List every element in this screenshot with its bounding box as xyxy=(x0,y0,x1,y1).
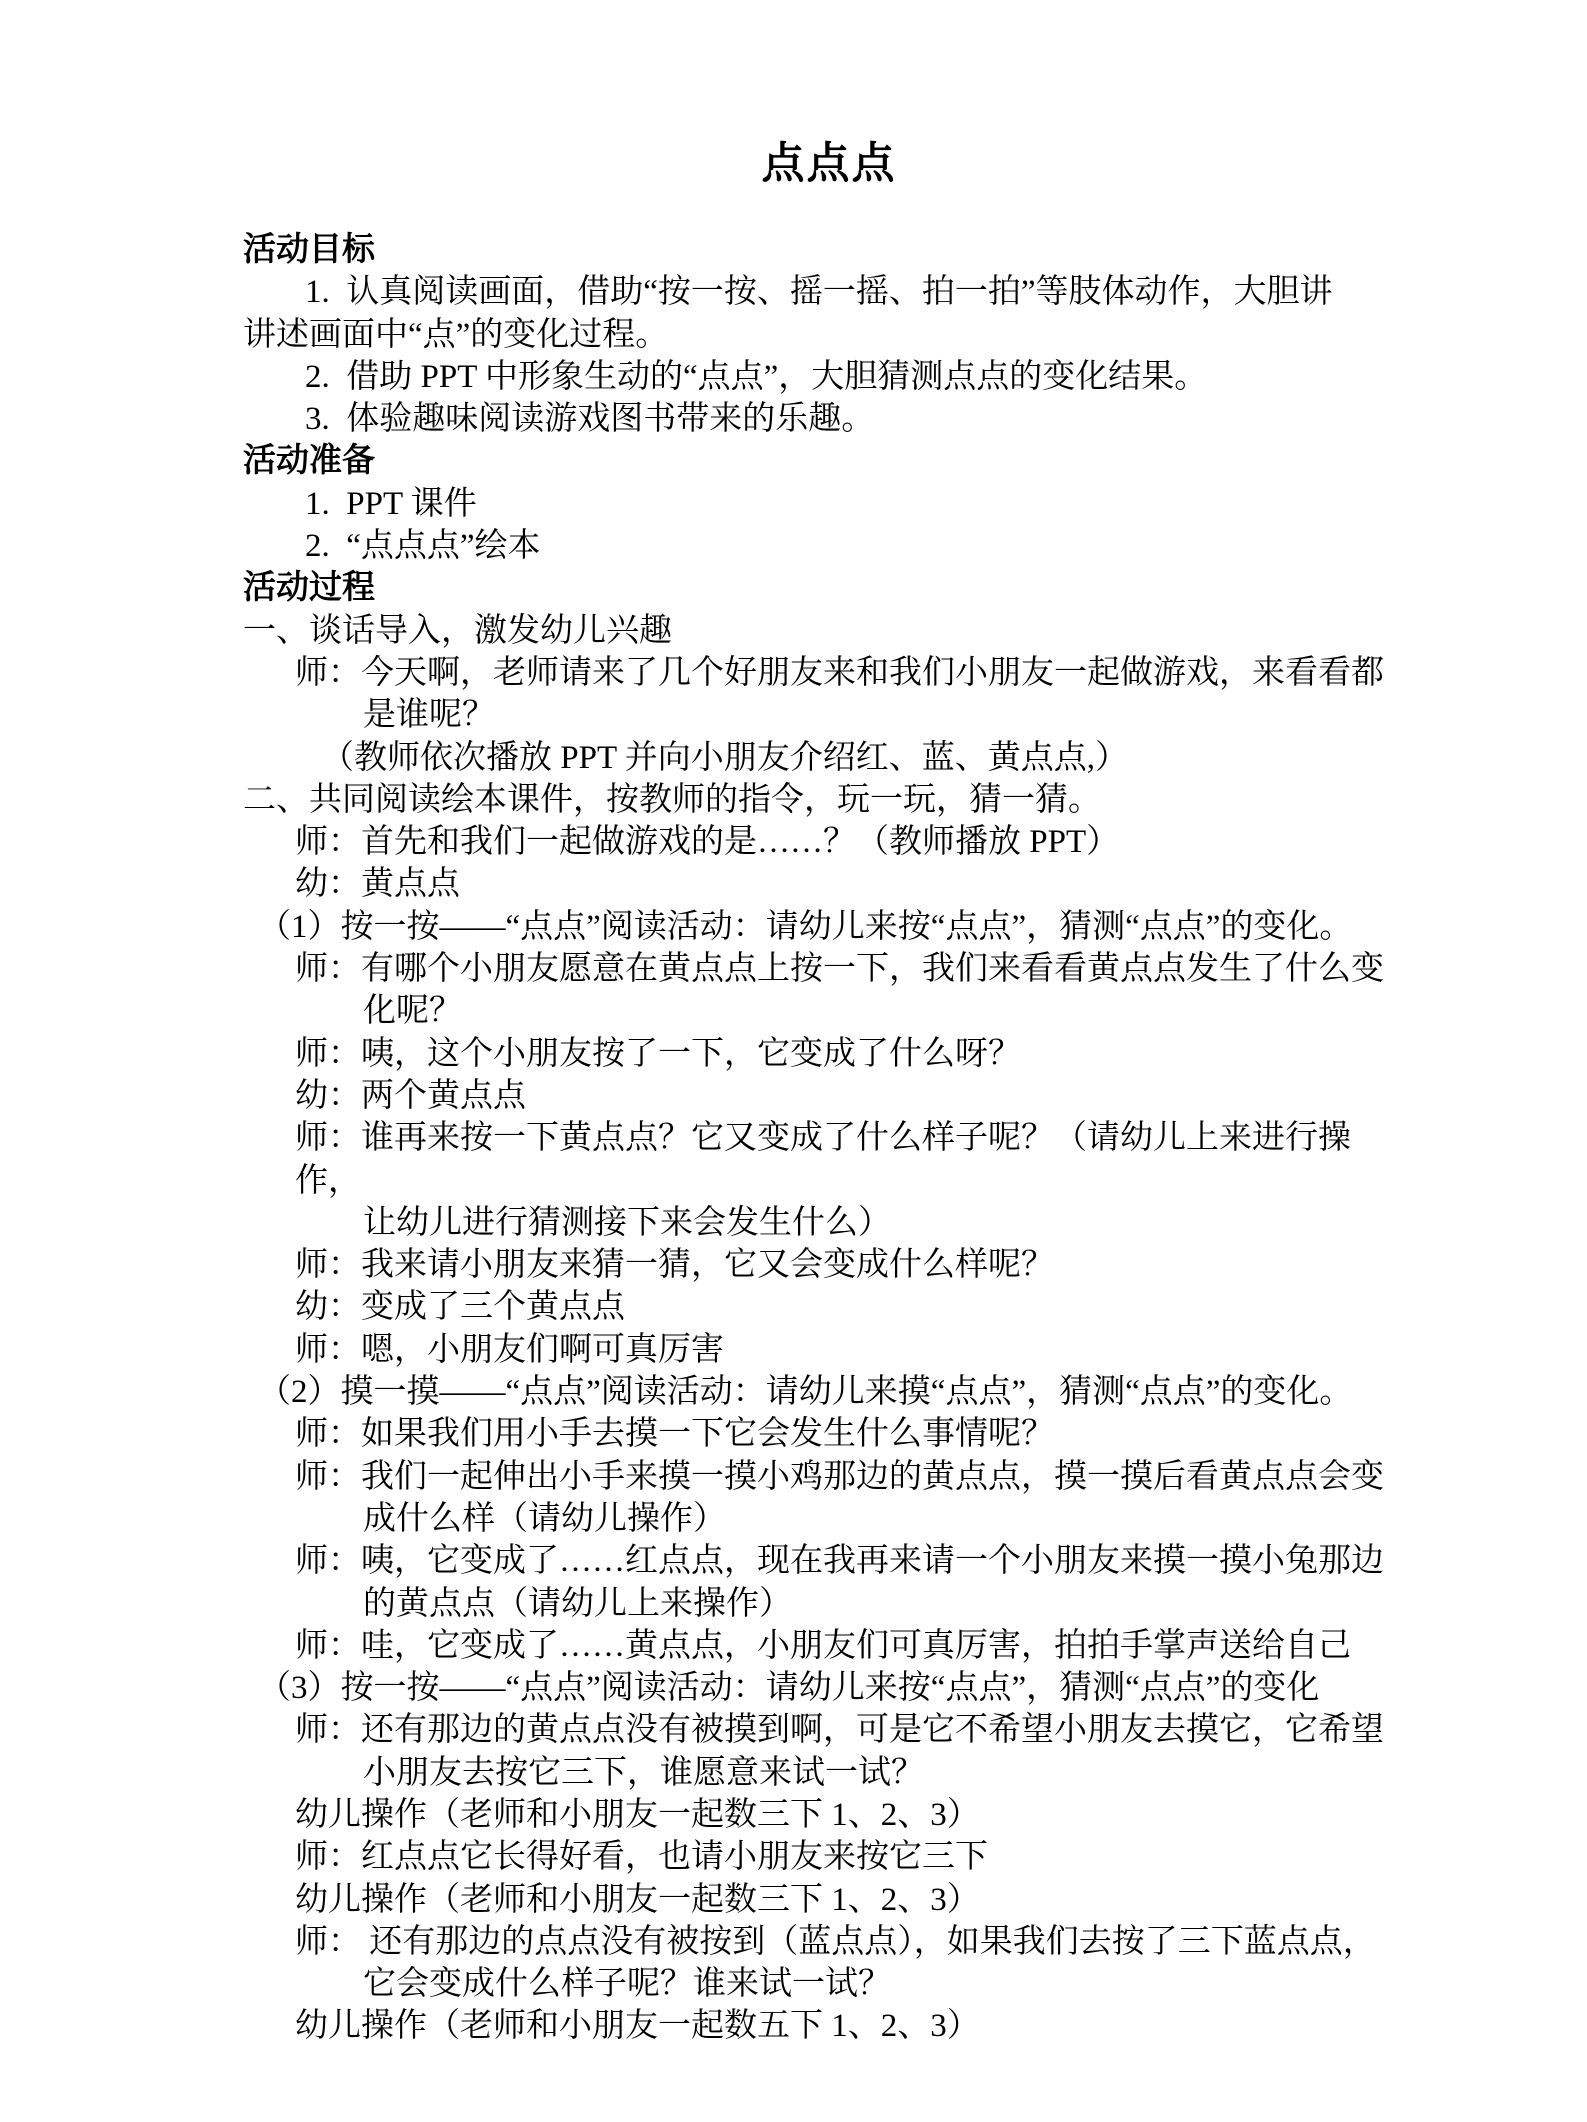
text-line: 小朋友去按它三下，谁愿意来试一试？ xyxy=(243,1752,1415,1794)
text-line: 师：我们一起伸出小手来摸一摸小鸡那边的黄点点，摸一摸后看黄点点会变 xyxy=(243,1456,1415,1498)
text-line: 1. 认真阅读画面，借助“按一按、摇一摇、拍一拍”等肢体动作，大胆讲 xyxy=(243,271,1415,313)
document-body: 点点点 活动目标1. 认真阅读画面，借助“按一按、摇一摇、拍一拍”等肢体动作，大… xyxy=(243,133,1415,2048)
text-line: 2. 借助 PPT 中形象生动的“点点”，大胆猜测点点的变化结果。 xyxy=(243,356,1415,398)
text-line: 师：咦，这个小朋友按了一下，它变成了什么呀？ xyxy=(243,1033,1415,1075)
text-line: 二、共同阅读绘本课件，按教师的指令，玩一玩，猜一猜。 xyxy=(243,779,1415,821)
text-line: 师：还有那边的黄点点没有被摸到啊，可是它不希望小朋友去摸它，它希望 xyxy=(243,1709,1415,1751)
text-line: 成什么样（请幼儿操作） xyxy=(243,1498,1415,1540)
text-line: 幼：两个黄点点 xyxy=(243,1075,1415,1117)
text-line: （教师依次播放 PPT 并向小朋友介绍红、蓝、黄点点,） xyxy=(243,737,1415,779)
text-line: 师：红点点它长得好看，也请小朋友来按它三下 xyxy=(243,1836,1415,1878)
document-page: 点点点 活动目标1. 认真阅读画面，借助“按一按、摇一摇、拍一拍”等肢体动作，大… xyxy=(0,0,1587,2122)
text-line: 幼儿操作（老师和小朋友一起数三下 1、2、3） xyxy=(243,1879,1415,1921)
page-title: 点点点 xyxy=(243,133,1415,197)
text-line: 让幼儿进行猜测接下来会发生什么） xyxy=(243,1202,1415,1244)
text-lines-container: 活动目标1. 认真阅读画面，借助“按一按、摇一摇、拍一拍”等肢体动作，大胆讲讲述… xyxy=(243,229,1415,2048)
section-heading: 活动准备 xyxy=(243,440,1415,482)
text-line: 幼：变成了三个黄点点 xyxy=(243,1286,1415,1328)
text-line: 师：嗯，小朋友们啊可真厉害 xyxy=(243,1329,1415,1371)
text-line: 师：咦，它变成了……红点点，现在我再来请一个小朋友来摸一摸小兔那边 xyxy=(243,1540,1415,1582)
text-line: 3. 体验趣味阅读游戏图书带来的乐趣。 xyxy=(243,398,1415,440)
text-line: 师：谁再来按一下黄点点？它又变成了什么样子呢？（请幼儿上来进行操作， xyxy=(243,1117,1415,1202)
text-line: 的黄点点（请幼儿上来操作） xyxy=(243,1583,1415,1625)
text-line: 师：我来请小朋友来猜一猜，它又会变成什么样呢？ xyxy=(243,1244,1415,1286)
text-line: 2. “点点点”绘本 xyxy=(243,525,1415,567)
text-line: （3）按一按——“点点”阅读活动：请幼儿来按“点点”，猜测“点点”的变化 xyxy=(243,1667,1415,1709)
section-heading: 活动过程 xyxy=(243,567,1415,609)
text-line: （2）摸一摸——“点点”阅读活动：请幼儿来摸“点点”，猜测“点点”的变化。 xyxy=(243,1371,1415,1413)
text-line: 师：首先和我们一起做游戏的是……？（教师播放 PPT） xyxy=(243,821,1415,863)
text-line: 它会变成什么样子呢？谁来试一试？ xyxy=(243,1963,1415,2005)
text-line: 幼儿操作（老师和小朋友一起数五下 1、2、3） xyxy=(243,2005,1415,2047)
text-line: 师：哇，它变成了……黄点点，小朋友们可真厉害，拍拍手掌声送给自己 xyxy=(243,1625,1415,1667)
text-line: 师：如果我们用小手去摸一下它会发生什么事情呢？ xyxy=(243,1413,1415,1455)
text-line: 幼儿操作（老师和小朋友一起数三下 1、2、3） xyxy=(243,1794,1415,1836)
text-line: 1. PPT 课件 xyxy=(243,483,1415,525)
text-line: 化呢？ xyxy=(243,990,1415,1032)
text-line: 一、谈话导入，激发幼儿兴趣 xyxy=(243,610,1415,652)
text-line: 是谁呢？ xyxy=(243,694,1415,736)
text-line: 师： 还有那边的点点没有被按到（蓝点点），如果我们去按了三下蓝点点， xyxy=(243,1921,1415,1963)
text-line: 师：今天啊，老师请来了几个好朋友来和我们小朋友一起做游戏，来看看都 xyxy=(243,652,1415,694)
text-line: 讲述画面中“点”的变化过程。 xyxy=(243,314,1415,356)
text-line: 师：有哪个小朋友愿意在黄点点上按一下，我们来看看黄点点发生了什么变 xyxy=(243,948,1415,990)
text-line: 幼：黄点点 xyxy=(243,863,1415,905)
section-heading: 活动目标 xyxy=(243,229,1415,271)
text-line: （1）按一按——“点点”阅读活动：请幼儿来按“点点”，猜测“点点”的变化。 xyxy=(243,906,1415,948)
